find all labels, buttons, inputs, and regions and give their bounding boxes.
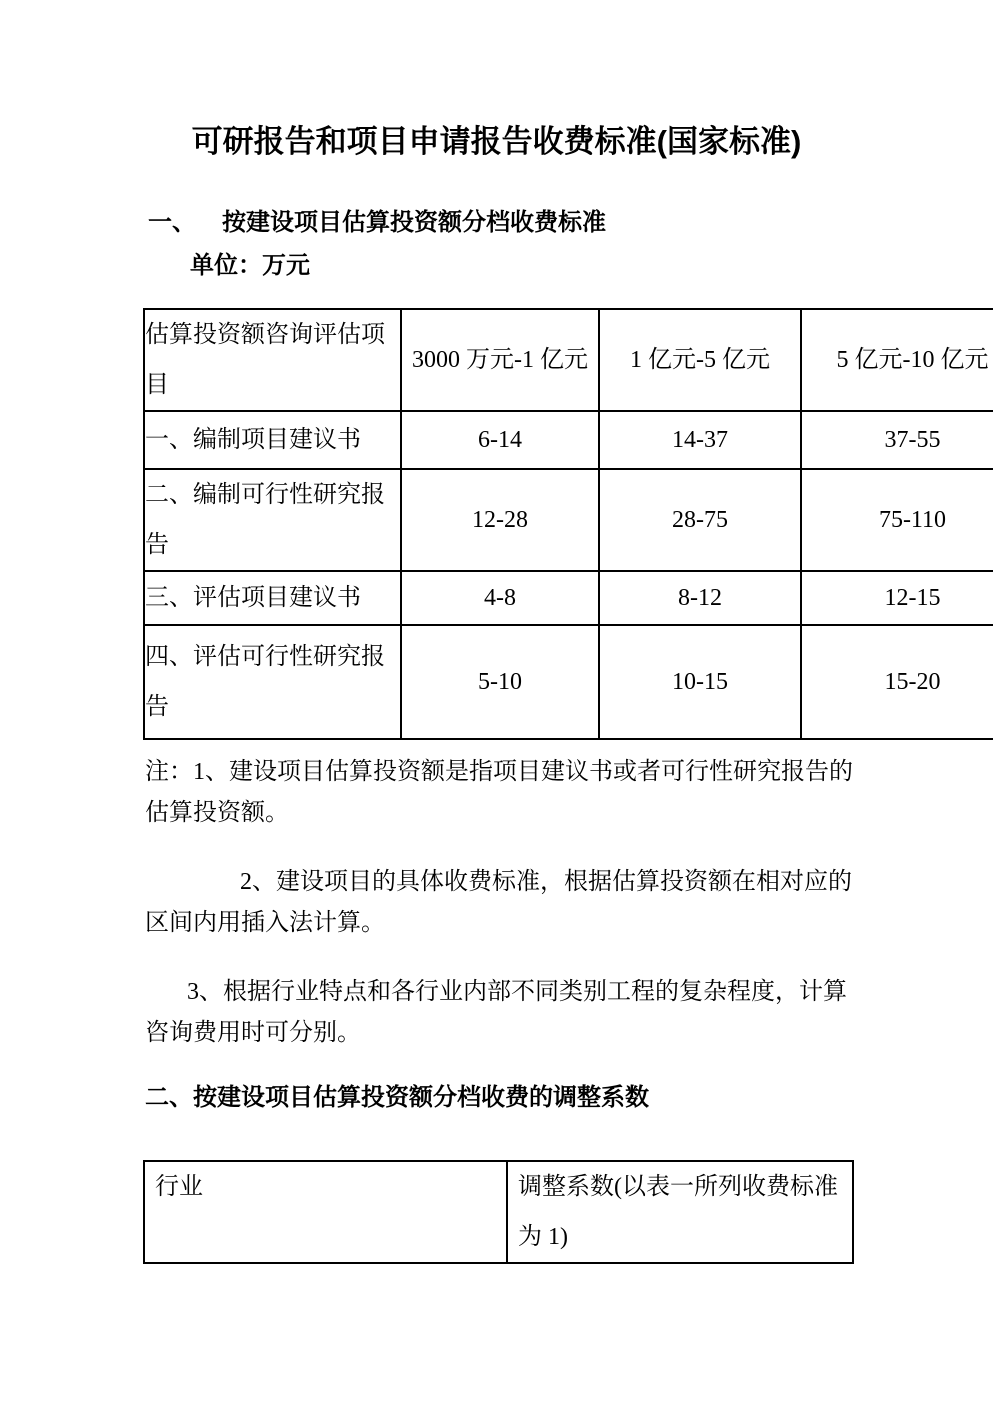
fee-value-cell: 8-12 (599, 571, 801, 625)
fee-value-cell: 4-8 (401, 571, 599, 625)
fee-value-cell: 14-37 (599, 411, 801, 469)
fee-table-row-2: 二、编制可行性研究报 告 12-28 28-75 75-110 (144, 469, 993, 571)
note-paragraph-2: 2、建设项目的具体收费标准，根据估算投资额在相对应的 区间内用插入法计算。 (145, 862, 993, 944)
adjustment-table-header-row: 行业 调整系数(以表一所列收费标准 为 1) (144, 1161, 853, 1263)
fee-value-cell: 37-55 (801, 411, 993, 469)
fee-table-row-4: 四、评估可行性研究报 告 5-10 10-15 15-20 (144, 625, 993, 739)
row-label-cell: 三、评估项目建议书 (144, 571, 401, 625)
row-label-cell: 一、编制项目建议书 (144, 411, 401, 469)
notes-section: 注：1、建设项目估算投资额是指项目建议书或者可行性研究报告的 估算投资额。 2、… (145, 752, 993, 1054)
fee-value-cell: 12-28 (401, 469, 599, 571)
note-line: 估算投资额。 (145, 793, 993, 834)
fee-value-cell: 12-15 (801, 571, 993, 625)
fee-value-cell: 75-110 (801, 469, 993, 571)
note-line: 咨询费用时可分别。 (145, 1013, 993, 1054)
note-line: 注：1、建设项目估算投资额是指项目建议书或者可行性研究报告的 (145, 752, 993, 793)
fee-value-cell: 28-75 (599, 469, 801, 571)
note-line: 3、根据行业特点和各行业内部不同类别工程的复杂程度，计算 (145, 972, 993, 1013)
document-title: 可研报告和项目申请报告收费标准(国家标准) (0, 122, 993, 162)
unit-label: 单位：万元 (190, 252, 993, 280)
fee-value-cell: 6-14 (401, 411, 599, 469)
section-1-number: 一、 (148, 208, 196, 238)
row-label-cell: 四、评估可行性研究报 告 (144, 625, 401, 739)
section-1-heading-text: 按建设项目估算投资额分档收费标准 (222, 210, 606, 236)
investment-range-header-3: 5 亿元-10 亿元 (801, 309, 993, 411)
fee-value-cell: 10-15 (599, 625, 801, 739)
investment-range-header-1: 3000 万元-1 亿元 (401, 309, 599, 411)
adjustment-factor-table: 行业 调整系数(以表一所列收费标准 为 1) (143, 1160, 854, 1264)
fee-standard-table: 估算投资额咨询评估项 目 3000 万元-1 亿元 1 亿元-5 亿元 5 亿元… (143, 308, 993, 740)
fee-table-row-3: 三、评估项目建议书 4-8 8-12 12-15 (144, 571, 993, 625)
document-page: 可研报告和项目申请报告收费标准(国家标准) 一、按建设项目估算投资额分档收费标准… (0, 0, 993, 1404)
note-line: 区间内用插入法计算。 (145, 903, 993, 944)
fee-table-row-1: 一、编制项目建议书 6-14 14-37 37-55 (144, 411, 993, 469)
section-1-heading: 一、按建设项目估算投资额分档收费标准 (148, 208, 993, 238)
fee-value-cell: 5-10 (401, 625, 599, 739)
note-paragraph-1: 注：1、建设项目估算投资额是指项目建议书或者可行性研究报告的 估算投资额。 (145, 752, 993, 834)
fee-value-cell: 15-20 (801, 625, 993, 739)
note-paragraph-3: 3、根据行业特点和各行业内部不同类别工程的复杂程度，计算 咨询费用时可分别。 (145, 972, 993, 1054)
row-label-cell: 二、编制可行性研究报 告 (144, 469, 401, 571)
fee-table-header-row: 估算投资额咨询评估项 目 3000 万元-1 亿元 1 亿元-5 亿元 5 亿元… (144, 309, 993, 411)
section-2-heading: 二、按建设项目估算投资额分档收费的调整系数 (145, 1082, 993, 1114)
note-line: 2、建设项目的具体收费标准，根据估算投资额在相对应的 (145, 862, 993, 903)
adjustment-factor-column-header: 调整系数(以表一所列收费标准 为 1) (507, 1161, 853, 1263)
project-type-column-header: 估算投资额咨询评估项 目 (144, 309, 401, 411)
investment-range-header-2: 1 亿元-5 亿元 (599, 309, 801, 411)
industry-column-header: 行业 (144, 1161, 507, 1263)
